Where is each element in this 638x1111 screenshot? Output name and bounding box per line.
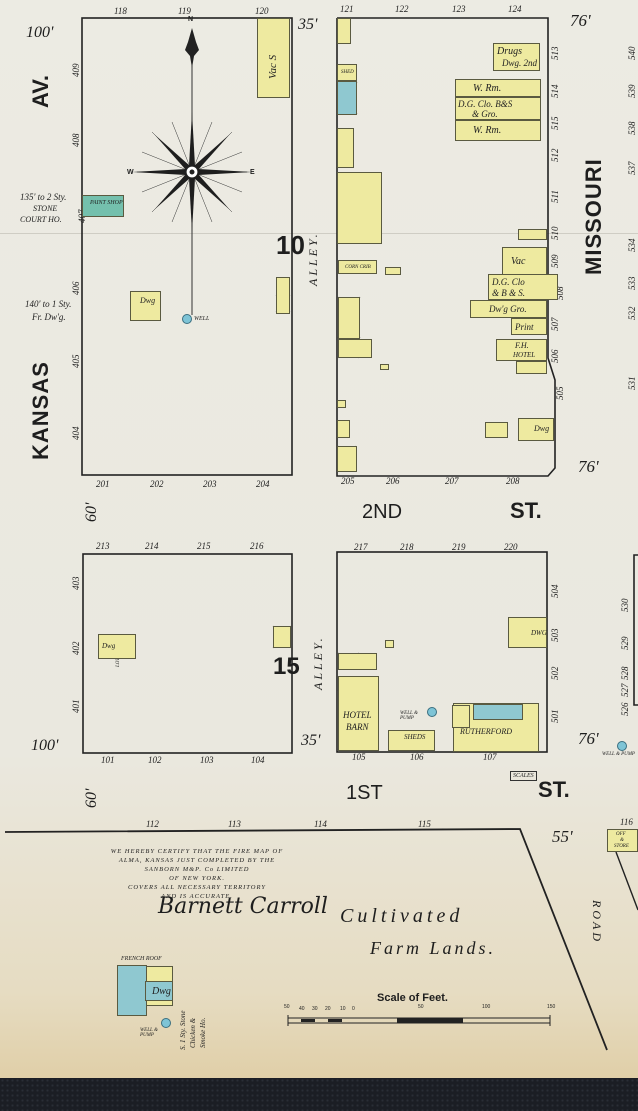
scale-tick: 50 [418,1005,424,1010]
building-corn-crib: CORN CRIB [338,260,377,274]
compass-west-label: W [127,169,134,176]
lot-number: 539 [628,85,637,99]
lot-number: 207 [445,477,459,486]
building-dwelling: Dwg [518,418,554,441]
lot-number: 124 [508,5,522,14]
alley-lower-label: ALLEY. [312,635,324,690]
dim-lower-left: 100' [31,738,58,754]
dim-mid-left: 60' [84,503,100,522]
building-small [516,361,547,374]
building-dwelling: Dwg [130,291,161,321]
lot-number: 527 [621,684,630,698]
scale-title: Scale of Feet. [377,993,448,1004]
lot-number: 112 [146,820,159,829]
lot-number: 204 [256,480,270,489]
sanborn-map-sheet: N W E KANSAS AV. MISSOURI 2ND ST. 1ST ST… [0,0,638,1078]
lot-number: 504 [551,585,560,599]
alley-upper-label: ALLEY. [307,231,319,286]
building-paint-shop: PAINT SHOP [82,195,124,217]
building-vacant: Vac [502,247,547,277]
lot-number: 406 [72,282,81,296]
annotation-frame-dwelling-1: 140' to 1 Sty. [25,300,71,309]
building-small [337,420,350,438]
lot-number: 120 [255,7,269,16]
building-small [485,422,508,438]
lot-number: 202 [150,480,164,489]
lot-number: 122 [395,5,409,14]
well-pump-label: WELL & PUMP [140,1028,170,1038]
well-icon [182,314,192,324]
building-ware-room: W. Rm. [455,79,541,97]
lot-number: 104 [251,756,265,765]
compass-east-label: E [250,169,255,176]
lot-number: 537 [628,162,637,176]
scale-bar [288,1015,550,1026]
lot-number: 507 [551,318,560,332]
dim-lower-right: 76' [578,730,599,747]
dim-bottom-right: 55' [552,828,573,845]
annotation-stone-court-1: 135' to 2 Sty. [20,193,66,202]
compass-rose-icon [132,112,252,232]
block-number-15: 15 [273,655,300,679]
lot-number: 217 [354,543,368,552]
building-hotel-barn: HOTEL BARN [338,676,379,751]
building-outbuilding [276,277,290,314]
street-kansas-av: KANSAS [30,361,52,460]
street-2nd-suffix: ST. [510,500,542,522]
lot-number: 215 [197,542,211,551]
lot-number: 216 [250,542,264,551]
well-pump-label: WELL & PUMP [602,752,638,757]
farm-note-2: Chicken & [190,1018,197,1048]
lot-number: 218 [400,543,414,552]
dim-top-left: 100' [26,25,53,41]
building-small [337,446,357,472]
scales-label: SCALES [510,771,537,781]
lot-number: 213 [96,542,110,551]
building-ware-room: W. Rm. [455,120,541,141]
building-stone [337,81,357,115]
building-dwelling: DWG [508,617,547,648]
well-label: WELL [194,316,209,322]
street-kansas-av-suffix: AV. [30,75,52,108]
lot-number: 534 [628,239,637,253]
scale-tick: 100 [482,1005,490,1010]
farm-label-line2: Farm Lands. [370,939,496,957]
building-farm-dwelling: Dwg [145,981,173,1001]
building-outbuilding [273,626,291,648]
building-frame [338,297,360,339]
scale-tick: 20 [325,1007,331,1012]
road-label: ROAD [591,900,603,944]
building-farm-stone [117,965,147,1016]
well-pump-label: WELL & PUMP [400,711,428,721]
building-small [518,229,547,240]
farm-note-1: S. 1 Sty. Stone [180,1011,187,1050]
lot-number: 403 [72,577,81,591]
scale-tick: 30 [312,1007,318,1012]
lot-number: 530 [621,599,630,613]
farm-label-line1: Cultivated [340,906,463,926]
lot-number: 106 [410,753,424,762]
lot-number: 532 [628,307,637,321]
lot-number: 206 [386,477,400,486]
farm-note-3: Smoke Ho. [200,1018,207,1048]
lot-number: 526 [621,703,630,717]
well-pump-icon [427,707,437,717]
street-missouri: MISSOURI [583,158,605,275]
dim-bottom-left: 60' [84,789,100,808]
scale-tick: 10 [340,1007,346,1012]
building-small [337,128,354,168]
lot-number: 540 [628,47,637,61]
dim-mid-right: 76' [578,458,599,475]
building-vacant: Vac S [257,18,290,98]
lot-number: 119 [178,7,191,16]
lot-number: 121 [340,5,354,14]
signature: Barnett Carroll [158,896,328,918]
lot-number: 401 [72,700,81,714]
lot-number: 214 [145,542,159,551]
dim-top-right: 76' [570,12,591,29]
building-small [380,364,389,370]
lot-number: 201 [96,480,110,489]
lot-number: 116 [620,818,633,827]
certification-block: WE HEREBY CERTIFY THAT THE FIRE MAP OF A… [92,847,302,901]
building-office-store: OFF & STORE [607,829,638,852]
building-print-shop: Print [511,318,547,335]
lot-number: 408 [72,134,81,148]
lot-number: 208 [506,477,520,486]
building-large-frame [337,172,382,244]
building-dwelling-grocery: Dw'g Gro. [470,300,547,318]
street-1st-suffix: ST. [538,779,570,801]
building-shed: SHED [337,64,357,81]
scanner-background [0,1078,638,1111]
lot-number: 533 [628,277,637,291]
lot-number: 402 [72,642,81,656]
dim-lower-mid: 35' [301,733,320,749]
lot-number: 102 [148,756,162,765]
building-dwelling: Dwg [98,634,136,659]
scale-tick: 40 [299,1007,305,1012]
lot-number: 529 [621,637,630,651]
lot-number: 503 [551,629,560,643]
building-rutherford-stone [473,704,523,720]
annotation-stone-court-3: COURT HO. [20,216,62,224]
lot-number: 531 [628,377,637,391]
lot-number: 220 [504,543,518,552]
scale-tick: 50 [284,1005,290,1010]
lot-number: 113 [228,820,241,829]
building-dry-goods: D.G. Clo. B&S & Gro. [455,97,541,120]
block-number-10: 10 [276,232,305,258]
lot-number: 101 [101,756,115,765]
compass-north-label: N [188,16,193,23]
french-roof-label: FRENCH ROOF [121,956,162,962]
lot-number: 105 [352,753,366,762]
building-small [337,18,351,44]
lot-number: 509 [551,255,560,269]
lot-number: 505 [556,387,565,401]
building-small [385,267,401,275]
building-frame [338,653,377,670]
lot-number: 203 [203,480,217,489]
lot-number: 538 [628,122,637,136]
scale-tick: 0 [352,1007,355,1012]
lot-number: 512 [551,149,560,163]
lot-number: 114 [314,820,327,829]
lot-number: 501 [551,710,560,724]
lot-number: 123 [452,5,466,14]
lot-number: 515 [551,117,560,131]
lot-number: 506 [551,350,560,364]
lot-number: 409 [72,64,81,78]
building-sheds: SHEDS [388,730,435,751]
building-drugs: Drugs Dwg. 2nd [493,43,540,71]
building-dry-goods-2: D.G. Clo & B & S. [488,274,558,300]
building-small [385,640,394,648]
building-hotel: F.H. HOTEL [496,339,547,361]
well-pump-icon [161,1018,171,1028]
lot-number: 219 [452,543,466,552]
lot-number: 528 [621,667,630,681]
scale-tick: 150 [547,1005,555,1010]
lot-number: 118 [114,7,127,16]
lot-number: 103 [200,756,214,765]
street-1st: 1ST [346,783,383,803]
lot-number: 513 [551,47,560,61]
building-frame [338,339,372,358]
lot-number: 404 [72,427,81,441]
lot-number: 107 [483,753,497,762]
street-2nd: 2ND [362,502,402,522]
lot-number: 502 [551,667,560,681]
lot-number: 115 [418,820,431,829]
lot-number: 205 [341,477,355,486]
annotation-frame-dwelling-2: Fr. Dw'g. [32,313,66,322]
dim-top-mid: 35' [298,17,317,33]
annotation-stone-court-2: STONE [33,205,57,213]
lot-number: 514 [551,85,560,99]
building-small [337,400,346,408]
lot-number: 510 [551,227,560,241]
well-pump-icon [617,741,627,751]
lot-number: 405 [72,355,81,369]
building-small [452,705,470,728]
lot-number: 511 [551,190,560,203]
